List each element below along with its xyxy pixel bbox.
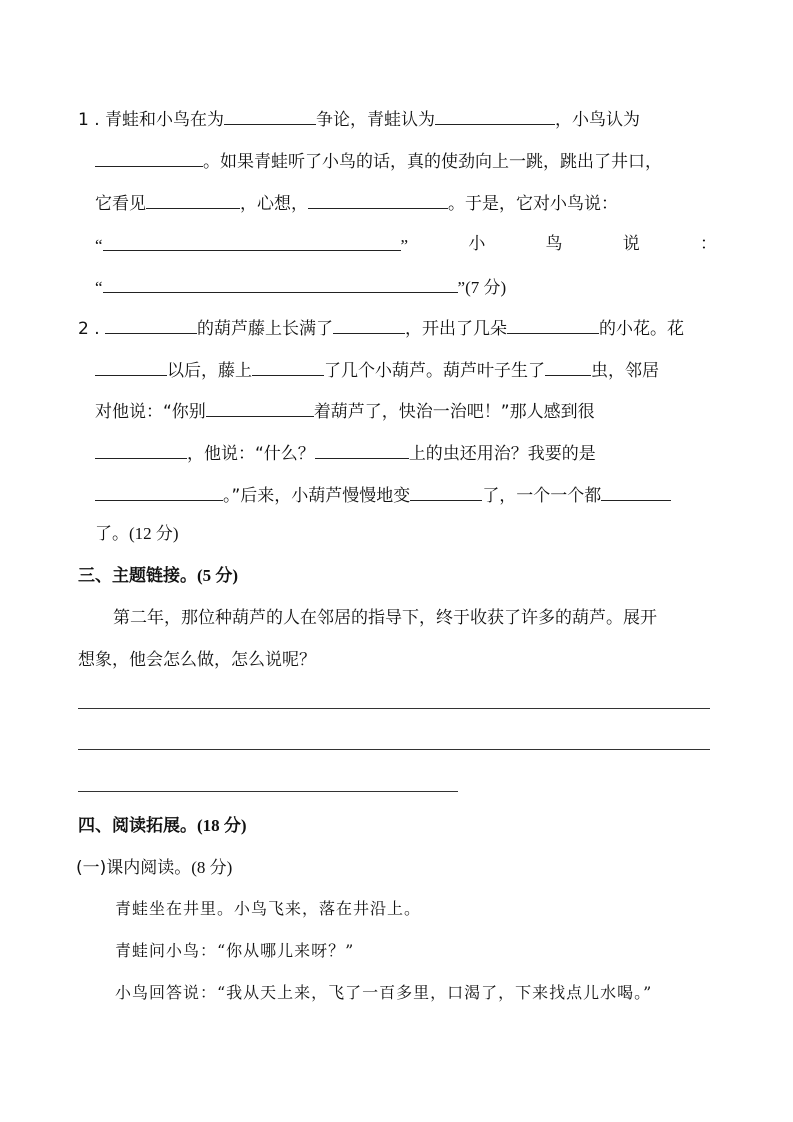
q2-text: ，他说：“什么？ xyxy=(187,444,315,464)
q1-text: 青蛙和小鸟在为 xyxy=(105,110,224,130)
q2-blank-4[interactable] xyxy=(95,357,167,376)
q2-blank-8[interactable] xyxy=(95,440,187,459)
q2-blank-10[interactable] xyxy=(95,482,223,501)
q1-text: 说 xyxy=(623,232,640,258)
q2-text: 了几个小葫芦。葫芦叶子生了 xyxy=(324,361,545,381)
q1-score: (7 分) xyxy=(465,278,506,297)
q1-text: ，小鸟认为 xyxy=(555,110,640,130)
q2-line-5: 。”后来，小葫芦慢慢地变了，一个一个都 xyxy=(95,482,671,508)
q1-text: 争论，青蛙认为 xyxy=(316,110,435,130)
q2-blank-5[interactable] xyxy=(252,357,324,376)
q1-blank-1[interactable] xyxy=(224,106,316,125)
q1-text: 。如果青蛙听了小鸟的话，真的使劲向上一跳，跳出了井口， xyxy=(203,152,662,172)
q2-blank-6[interactable] xyxy=(545,357,591,376)
section-3-prompt-1: 第二年，那位种葫芦的人在邻居的指导下，终于收获了许多的葫芦。展开 xyxy=(113,606,657,630)
q2-line-3: 对他说：“你别着葫芦了，快治一治吧！”那人感到很 xyxy=(95,398,595,424)
subsection-score: (8 分) xyxy=(191,858,232,877)
q2-blank-12[interactable] xyxy=(601,482,671,501)
q2-text: 的葫芦藤上长满了 xyxy=(197,319,333,339)
answer-line-2[interactable] xyxy=(78,749,710,750)
passage-line-2: 青蛙问小鸟：“你从哪儿来呀？” xyxy=(115,939,354,963)
q1-blank-2[interactable] xyxy=(435,106,555,125)
q1-line-3: 它看见，心想，。于是，它对小鸟说： xyxy=(95,190,618,216)
q2-line-2: 以后，藤上了几个小葫芦。葫芦叶子生了虫，邻居 xyxy=(95,357,659,383)
q2-text: 了。 xyxy=(95,524,129,544)
q1-line-5: “”(7 分) xyxy=(95,274,506,300)
passage-line-3: 小鸟回答说：“我从天上来，飞了一百多里，口渴了，下来找点儿水喝。” xyxy=(115,981,652,1005)
q2-number: 2 . xyxy=(78,319,100,339)
q2-text: 的小花。花 xyxy=(599,319,684,339)
q1-line-4: “” 小 鸟 说 ： xyxy=(95,232,717,258)
q1-blank-6[interactable] xyxy=(103,232,401,251)
q2-blank-9[interactable] xyxy=(315,440,409,459)
answer-line-3[interactable] xyxy=(78,791,458,792)
q1-blank-4[interactable] xyxy=(146,190,240,209)
q1-text: 鸟 xyxy=(546,232,563,258)
q2-text: 上的虫还用治？我要的是 xyxy=(409,444,596,464)
q2-line-4: ，他说：“什么？上的虫还用治？我要的是 xyxy=(95,440,596,466)
q2-text: ，开出了几朵 xyxy=(405,319,507,339)
q1-line-1: 1 . 青蛙和小鸟在为争论，青蛙认为，小鸟认为 xyxy=(78,106,640,132)
q1-text: 小 xyxy=(468,232,485,258)
section-3-prompt-2: 想象，他会怎么做，怎么说呢？ xyxy=(78,648,316,672)
q2-text: 以后，藤上 xyxy=(167,361,252,381)
section-3-score: (5 分) xyxy=(197,566,238,585)
subsection-title: (一)课内阅读。 xyxy=(76,858,191,878)
q2-blank-2[interactable] xyxy=(333,315,405,334)
q1-text: ： xyxy=(700,232,717,258)
q1-line-2: 。如果青蛙听了小鸟的话，真的使劲向上一跳，跳出了井口， xyxy=(95,148,662,174)
section-4-title: 四、阅读拓展。 xyxy=(78,816,197,836)
q2-text: 对他说：“你别 xyxy=(95,402,206,422)
q1-blank-7[interactable] xyxy=(103,274,458,293)
q1-number: 1 . xyxy=(78,110,100,130)
section-3-title: 三、主题链接。 xyxy=(78,566,197,586)
q2-text: 着葫芦了，快治一治吧！”那人感到很 xyxy=(314,402,595,422)
open-quote: “ xyxy=(95,236,103,255)
close-quote: ” xyxy=(458,278,466,297)
q1-text: ，心想， xyxy=(240,194,308,214)
section-4-score: (18 分) xyxy=(197,816,247,835)
passage-line-1: 青蛙坐在井里。小鸟飞来，落在井沿上。 xyxy=(115,897,421,921)
close-quote: ” xyxy=(401,236,409,255)
q2-line-1: 2 . 的葫芦藤上长满了，开出了几朵的小花。花 xyxy=(78,315,684,341)
q1-text: 它看见 xyxy=(95,194,146,214)
answer-line-1[interactable] xyxy=(78,708,710,709)
q2-text: 。”后来，小葫芦慢慢地变 xyxy=(223,486,410,506)
q2-score: (12 分) xyxy=(129,524,179,543)
q1-blank-5[interactable] xyxy=(308,190,448,209)
q1-text: 。于是，它对小鸟说： xyxy=(448,194,618,214)
section-3-heading: 三、主题链接。(5 分) xyxy=(78,564,238,588)
q2-blank-1[interactable] xyxy=(105,315,197,334)
q2-blank-11[interactable] xyxy=(410,482,482,501)
q1-blank-3[interactable] xyxy=(95,148,203,167)
q2-line-6: 了。(12 分) xyxy=(95,522,179,546)
open-quote: “ xyxy=(95,278,103,297)
q2-text: 虫，邻居 xyxy=(591,361,659,381)
subsection-heading: (一)课内阅读。(8 分) xyxy=(76,856,232,880)
q2-text: 了，一个一个都 xyxy=(482,486,601,506)
q2-blank-7[interactable] xyxy=(206,398,314,417)
section-4-heading: 四、阅读拓展。(18 分) xyxy=(78,814,247,838)
q2-blank-3[interactable] xyxy=(507,315,599,334)
